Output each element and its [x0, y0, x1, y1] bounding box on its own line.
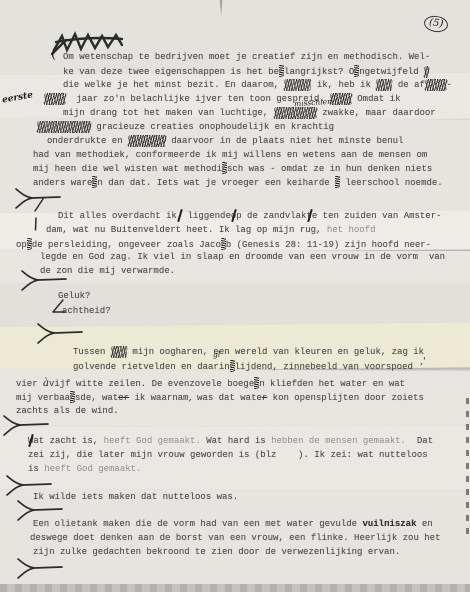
typed-text: Dat [406, 436, 433, 446]
typed-text: op [16, 240, 27, 250]
typed-text: vier [16, 379, 43, 389]
typed-text: legde en God zag. Ik viel in slaap en dr… [40, 252, 445, 262]
typed-text: zwakke, maar daardoor [317, 108, 436, 118]
typed-text-faded: heeft God gemaakt. [104, 436, 201, 446]
typed-line: legde en God zag. Ik viel in slaap en dr… [40, 251, 445, 263]
typed-text: ngetwijfeld [359, 67, 424, 77]
typed-text: de af [392, 80, 424, 90]
typed-text: Dit alles overdacht ik [58, 211, 177, 221]
typed-text: jaar zo'n belachlijke ijver ten toon ges… [66, 94, 331, 104]
typed-line: zijn zulke gedachten bekroond te zien do… [33, 546, 400, 558]
paragraph-mark [14, 186, 62, 215]
typed-line: ke van deze twee eigenschappen is het be… [63, 65, 429, 78]
typed-text: vijf witte zeilen. De evenzovele boege [49, 379, 254, 389]
typed-line: opde persleiding, ongeveer zoals Jacob (… [16, 238, 431, 251]
typed-text: de persleiding, ongeveer zoals Jaco [32, 240, 221, 250]
typed-line: Een olietank maken die de vorm had van e… [33, 518, 433, 530]
scribbled-out-text: creatief [273, 107, 317, 119]
typed-text: langrijkst? O [284, 67, 354, 77]
typed-text: was dat wate [192, 393, 262, 403]
typed-line: mij heen die wel wisten wat methodisch w… [33, 162, 432, 175]
scribbled-out-text: bevallige, [36, 121, 91, 133]
typed-text: Een olietank maken die de vorm had van e… [33, 519, 362, 529]
typed-line: Tussen de mijn oogharen, een wereld van … [73, 346, 424, 358]
scribbled-out-text: gelo [424, 79, 447, 91]
typed-text: kon opensplijten door zoiets [267, 393, 424, 403]
typed-text: e ten zuiden van Amster- [312, 211, 442, 221]
manuscript-page: Om wetenschap te bedrijven moet je creat… [0, 0, 470, 592]
typed-line: paar jaar zo'n belachlijke ijver ten too… [44, 93, 400, 105]
typed-text: die welke je het minst bezit. En daarom, [63, 80, 284, 90]
typed-text: sch was - omdat ze in hun denken niets [227, 164, 432, 174]
typed-line: onderdrukte en daarbij daarvoor in de pl… [47, 135, 403, 147]
scribbled-out-text: daarbij [127, 135, 166, 147]
typed-line: Dit alles overdacht ik, liggendeop de za… [58, 210, 442, 222]
typed-line: mij verbaasde, water ik waarnam, was dat… [16, 391, 424, 404]
typed-text: zijn zulke gedachten bekroond te zien do… [33, 547, 400, 557]
typed-text-faded: het hoofd [327, 225, 376, 235]
typed-text: had van methodiek, conformeerde ik mij w… [33, 150, 427, 160]
typed-text: p de zandvlak [236, 211, 306, 221]
scribbled-out-text: dacht [284, 79, 312, 91]
typed-text: - [446, 80, 451, 90]
insertion-angle-mark [51, 299, 67, 319]
paragraph-mark [16, 498, 64, 527]
typed-text: mij heen die wel wisten wat methodi [33, 164, 222, 174]
paragraph-mark [2, 413, 50, 442]
typed-line: Wat zacht is, heeft God gemaakt. Wat har… [28, 435, 433, 447]
typed-text: sde, wat [75, 393, 118, 403]
typed-line: anders waren dan dat. Iets wat je vroege… [33, 176, 443, 189]
handwritten-paren: ( [51, 47, 56, 62]
typed-line: deswege doet denken aan de borst van een… [30, 532, 440, 544]
typed-text: onderdrukte en [47, 136, 128, 146]
overtyped-char: t [306, 211, 311, 221]
typed-text: achtheid? [62, 306, 111, 316]
typed-text: liggende [182, 211, 231, 221]
typed-text: Wat hard is [201, 436, 271, 446]
scribbled-out-text: Maar [330, 93, 353, 105]
typed-line: golvende rietvelden en daarinlijdend, zi… [73, 360, 413, 373]
scan-bottom-edge [0, 584, 470, 592]
scribbled-out-word [50, 28, 126, 63]
typed-text: ik, heb ik [311, 80, 376, 90]
overtyped-char: , [177, 211, 182, 221]
paragraph-mark [16, 556, 64, 585]
typed-text-bold: vuilniszak [362, 519, 416, 529]
typed-line: achtheid? [62, 305, 111, 317]
paragraph-mark [20, 268, 68, 297]
typed-text: deswege doet denken aan de borst van een… [30, 533, 440, 543]
typed-line: die welke je het minst bezit. En daarom,… [63, 79, 452, 91]
proofreading-bar [33, 217, 39, 236]
typed-text: dam, wat nu Buitenveldert heet. Ik lag o… [46, 225, 327, 235]
typed-text: leerschool noemde. [340, 178, 443, 188]
inserted-comma: ,' [420, 356, 426, 367]
struck-text: er [118, 393, 129, 403]
typed-text: b (Genesis 28: 11-19) zijn hoofd neer- [226, 240, 431, 250]
typed-text: Omdat ik [352, 94, 401, 104]
typed-line: mijn drang tot het maken van luchtige, c… [63, 107, 436, 119]
typed-line: zei zij, die later mijn vrouw geworden i… [28, 449, 428, 461]
typed-text: n kliefden het water en wat [259, 379, 405, 389]
scribbled-out-text: m [423, 66, 430, 78]
typed-text: mijn oogharen, een wereld van kleuren en… [127, 347, 424, 357]
typed-text: golvende rietvelden en daarin [73, 362, 230, 372]
typed-text-faded: heeft God gemaakt. [44, 464, 141, 474]
typed-line: vier àvijf witte zeilen. De evenzovele b… [16, 377, 405, 390]
typed-line: had van methodiek, conformeerde ik mij w… [33, 149, 427, 161]
typed-text: ke van deze twee eigenschappen is het be [63, 67, 279, 77]
scribbled-out-text: ook [376, 79, 393, 91]
typed-line: dam, wat nu Buitenveldert heet. Ik lag o… [46, 224, 375, 236]
scan-edge-artifact [466, 398, 469, 534]
typed-text: en [416, 519, 432, 529]
typed-text: daarvoor in de plaats niet het minste be… [166, 136, 404, 146]
typed-text-faded: hebben de mensen gemaakt. [271, 436, 406, 446]
typed-text: mij verbaa [16, 393, 70, 403]
typed-text: zei zij, die later mijn vrouw geworden i… [28, 450, 428, 460]
typed-text: ik waarnam [129, 393, 188, 403]
typed-text: n dan dat. Iets wat je vroeger een keiha… [97, 178, 335, 188]
typed-text: gracieuze creaties onophoudelijk en krac… [91, 122, 334, 132]
insertion-correction: gl [213, 350, 221, 359]
typed-text: mijn drang tot het maken van luchtige, [63, 108, 274, 118]
typed-text: lijdend, zinnebeeld van voorspoed [235, 362, 413, 372]
scribbled-out-text: de [110, 346, 127, 358]
paragraph-mark [36, 321, 84, 350]
scribbled-out-text: paar [43, 93, 66, 105]
typed-line: bevallige, gracieuze creaties onophoudel… [37, 121, 334, 133]
overtyped-char: o [231, 211, 236, 221]
